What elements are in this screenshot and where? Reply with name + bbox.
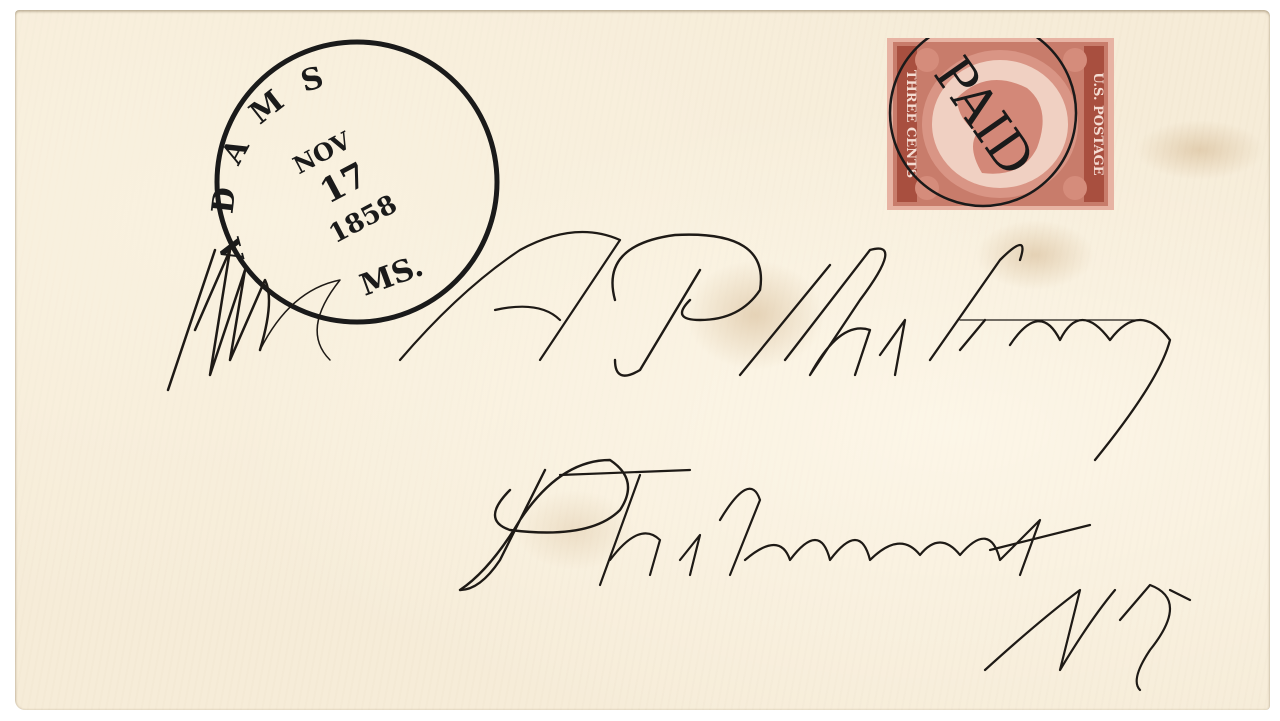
handwritten-address: Wm A P Whiting Philmont N.Y. [0, 0, 1280, 721]
